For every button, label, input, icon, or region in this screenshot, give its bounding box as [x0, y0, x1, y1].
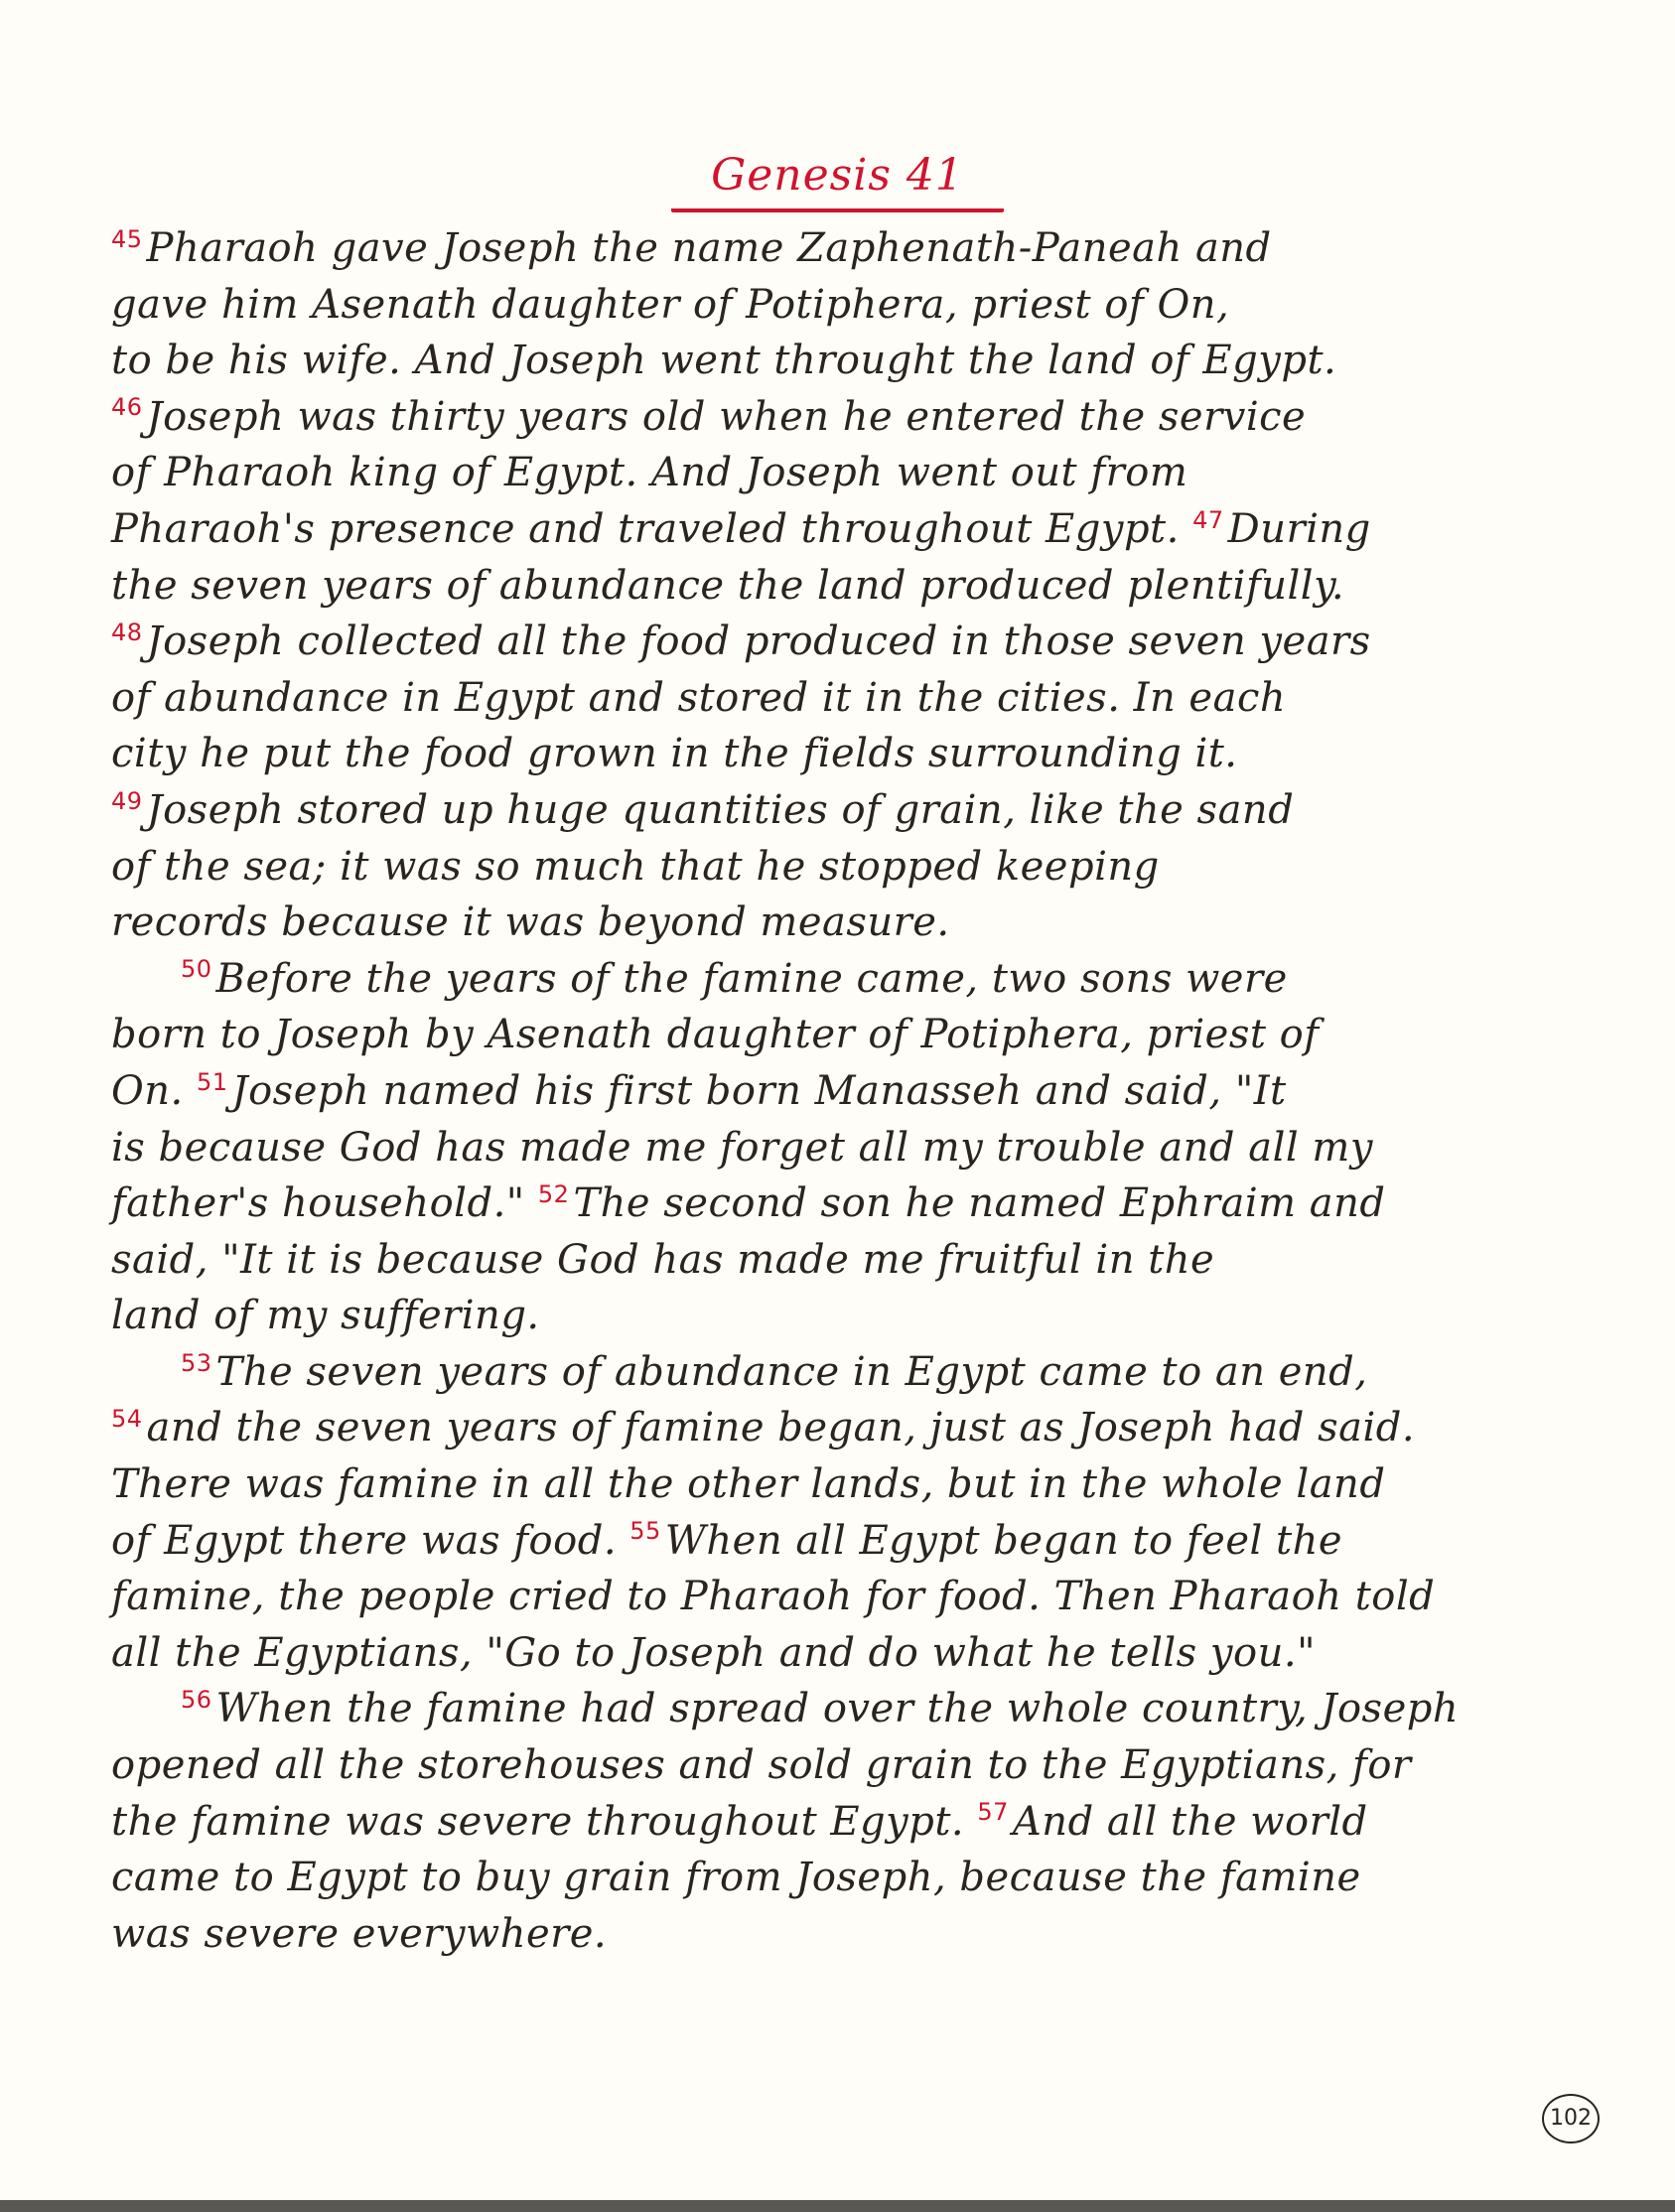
verse-number: 45	[111, 225, 143, 253]
line-text: is because God has made me forget all my…	[111, 1125, 1373, 1171]
line-text: was severe everywhere.	[111, 1911, 607, 1957]
line-text: During	[1228, 506, 1371, 552]
line-text: all the Egyptians, "Go to Joseph and do …	[111, 1630, 1316, 1676]
line-text: father's household."	[111, 1180, 525, 1226]
text-line: 53The seven years of abundance in Egypt …	[111, 1344, 1620, 1401]
text-line: to be his wife. And Joseph went throught…	[111, 333, 1620, 389]
line-text: the seven years of abundance the land pr…	[111, 563, 1344, 609]
title-container: Genesis 41	[0, 149, 1675, 212]
page-title: Genesis 41	[671, 149, 1004, 212]
verse-number: 55	[629, 1517, 661, 1545]
verse-number: 46	[111, 393, 143, 421]
verse-number: 49	[111, 787, 143, 815]
line-text: Joseph was thirty years old when he ente…	[147, 394, 1307, 440]
verse-number: 54	[111, 1405, 143, 1433]
line-text: famine, the people cried to Pharaoh for …	[111, 1574, 1435, 1619]
text-line: 46Joseph was thirty years old when he en…	[111, 389, 1620, 446]
text-line: On. 51Joseph named his first born Manass…	[111, 1063, 1620, 1120]
line-text: Joseph named his first born Manasseh and…	[232, 1068, 1287, 1114]
line-text: When the famine had spread over the whol…	[216, 1686, 1460, 1731]
line-text: city he put the food grown in the fields…	[111, 731, 1238, 776]
line-text: The seven years of abundance in Egypt ca…	[216, 1349, 1368, 1395]
text-line: the famine was severe throughout Egypt. …	[111, 1794, 1620, 1851]
manuscript-page: Genesis 41 45Pharaoh gave Joseph the nam…	[0, 0, 1675, 2200]
text-line: 48Joseph collected all the food produced…	[111, 614, 1620, 670]
line-text: On.	[111, 1068, 184, 1114]
text-line: gave him Asenath daughter of Potiphera, …	[111, 277, 1620, 334]
text-line: Pharaoh's presence and traveled througho…	[111, 501, 1620, 558]
handwritten-text-body: 45Pharaoh gave Joseph the name Zaphenath…	[111, 220, 1620, 1962]
text-line: came to Egypt to buy grain from Joseph, …	[111, 1850, 1620, 1906]
line-text: the famine was severe throughout Egypt.	[111, 1799, 964, 1845]
verse-number: 51	[197, 1068, 228, 1096]
line-text: born to Joseph by Asenath daughter of Po…	[111, 1012, 1320, 1057]
text-line: 45Pharaoh gave Joseph the name Zaphenath…	[111, 220, 1620, 277]
line-text: of Egypt there was food.	[111, 1518, 617, 1564]
text-line: the seven years of abundance the land pr…	[111, 558, 1620, 615]
verse-number: 48	[111, 619, 143, 646]
verse-number: 47	[1192, 506, 1224, 534]
verse-number: 50	[181, 955, 212, 983]
text-line: There was famine in all the other lands,…	[111, 1456, 1620, 1513]
text-line: records because it was beyond measure.	[111, 895, 1620, 951]
text-line: 54and the seven years of famine began, j…	[111, 1400, 1620, 1456]
text-line: father's household." 52The second son he…	[111, 1175, 1620, 1232]
line-text: opened all the storehouses and sold grai…	[111, 1742, 1412, 1788]
text-line: 49Joseph stored up huge quantities of gr…	[111, 782, 1620, 839]
line-text: Pharaoh gave Joseph the name Zaphenath-P…	[147, 225, 1272, 271]
line-text: of Pharaoh king of Egypt. And Joseph wen…	[111, 450, 1187, 495]
line-text: When all Egypt began to feel the	[665, 1518, 1342, 1564]
circled-page-number: 102	[1542, 2094, 1600, 2143]
text-line: 50Before the years of the famine came, t…	[111, 951, 1620, 1008]
line-text: land of my suffering.	[111, 1293, 540, 1338]
text-line: is because God has made me forget all my…	[111, 1120, 1620, 1176]
line-text: Joseph stored up huge quantities of grai…	[147, 787, 1295, 833]
line-text: and the seven years of famine began, jus…	[147, 1405, 1416, 1451]
line-text: of abundance in Egypt and stored it in t…	[111, 675, 1286, 721]
text-line: land of my suffering.	[111, 1288, 1620, 1344]
text-line: born to Joseph by Asenath daughter of Po…	[111, 1007, 1620, 1063]
text-line: of Egypt there was food. 55When all Egyp…	[111, 1513, 1620, 1570]
text-line: city he put the food grown in the fields…	[111, 726, 1620, 782]
text-line: of Pharaoh king of Egypt. And Joseph wen…	[111, 445, 1620, 501]
text-line: said, "It it is because God has made me …	[111, 1232, 1620, 1289]
verse-number: 52	[538, 1180, 570, 1208]
verse-number: 57	[977, 1798, 1009, 1826]
verse-number: 53	[181, 1349, 212, 1377]
line-text: Joseph collected all the food produced i…	[147, 619, 1371, 664]
text-line: of abundance in Egypt and stored it in t…	[111, 670, 1620, 727]
text-line: 56When the famine had spread over the wh…	[111, 1681, 1620, 1737]
line-text: said, "It it is because God has made me …	[111, 1237, 1214, 1283]
text-line: of the sea; it was so much that he stopp…	[111, 839, 1620, 896]
text-line: all the Egyptians, "Go to Joseph and do …	[111, 1625, 1620, 1682]
line-text: gave him Asenath daughter of Potiphera, …	[111, 282, 1229, 328]
text-line: famine, the people cried to Pharaoh for …	[111, 1569, 1620, 1625]
line-text: to be his wife. And Joseph went throught…	[111, 338, 1336, 383]
line-text: of the sea; it was so much that he stopp…	[111, 844, 1160, 890]
text-line: opened all the storehouses and sold grai…	[111, 1737, 1620, 1794]
line-text: Before the years of the famine came, two…	[216, 956, 1288, 1002]
line-text: The second son he named Ephraim and	[573, 1180, 1385, 1226]
line-text: Pharaoh's presence and traveled througho…	[111, 506, 1180, 552]
scan-bottom-edge	[0, 2200, 1675, 2212]
verse-number: 56	[181, 1686, 212, 1714]
text-line: was severe everywhere.	[111, 1906, 1620, 1963]
line-text: records because it was beyond measure.	[111, 899, 950, 945]
line-text: And all the world	[1013, 1799, 1368, 1845]
line-text: came to Egypt to buy grain from Joseph, …	[111, 1855, 1361, 1900]
line-text: There was famine in all the other lands,…	[111, 1461, 1385, 1507]
